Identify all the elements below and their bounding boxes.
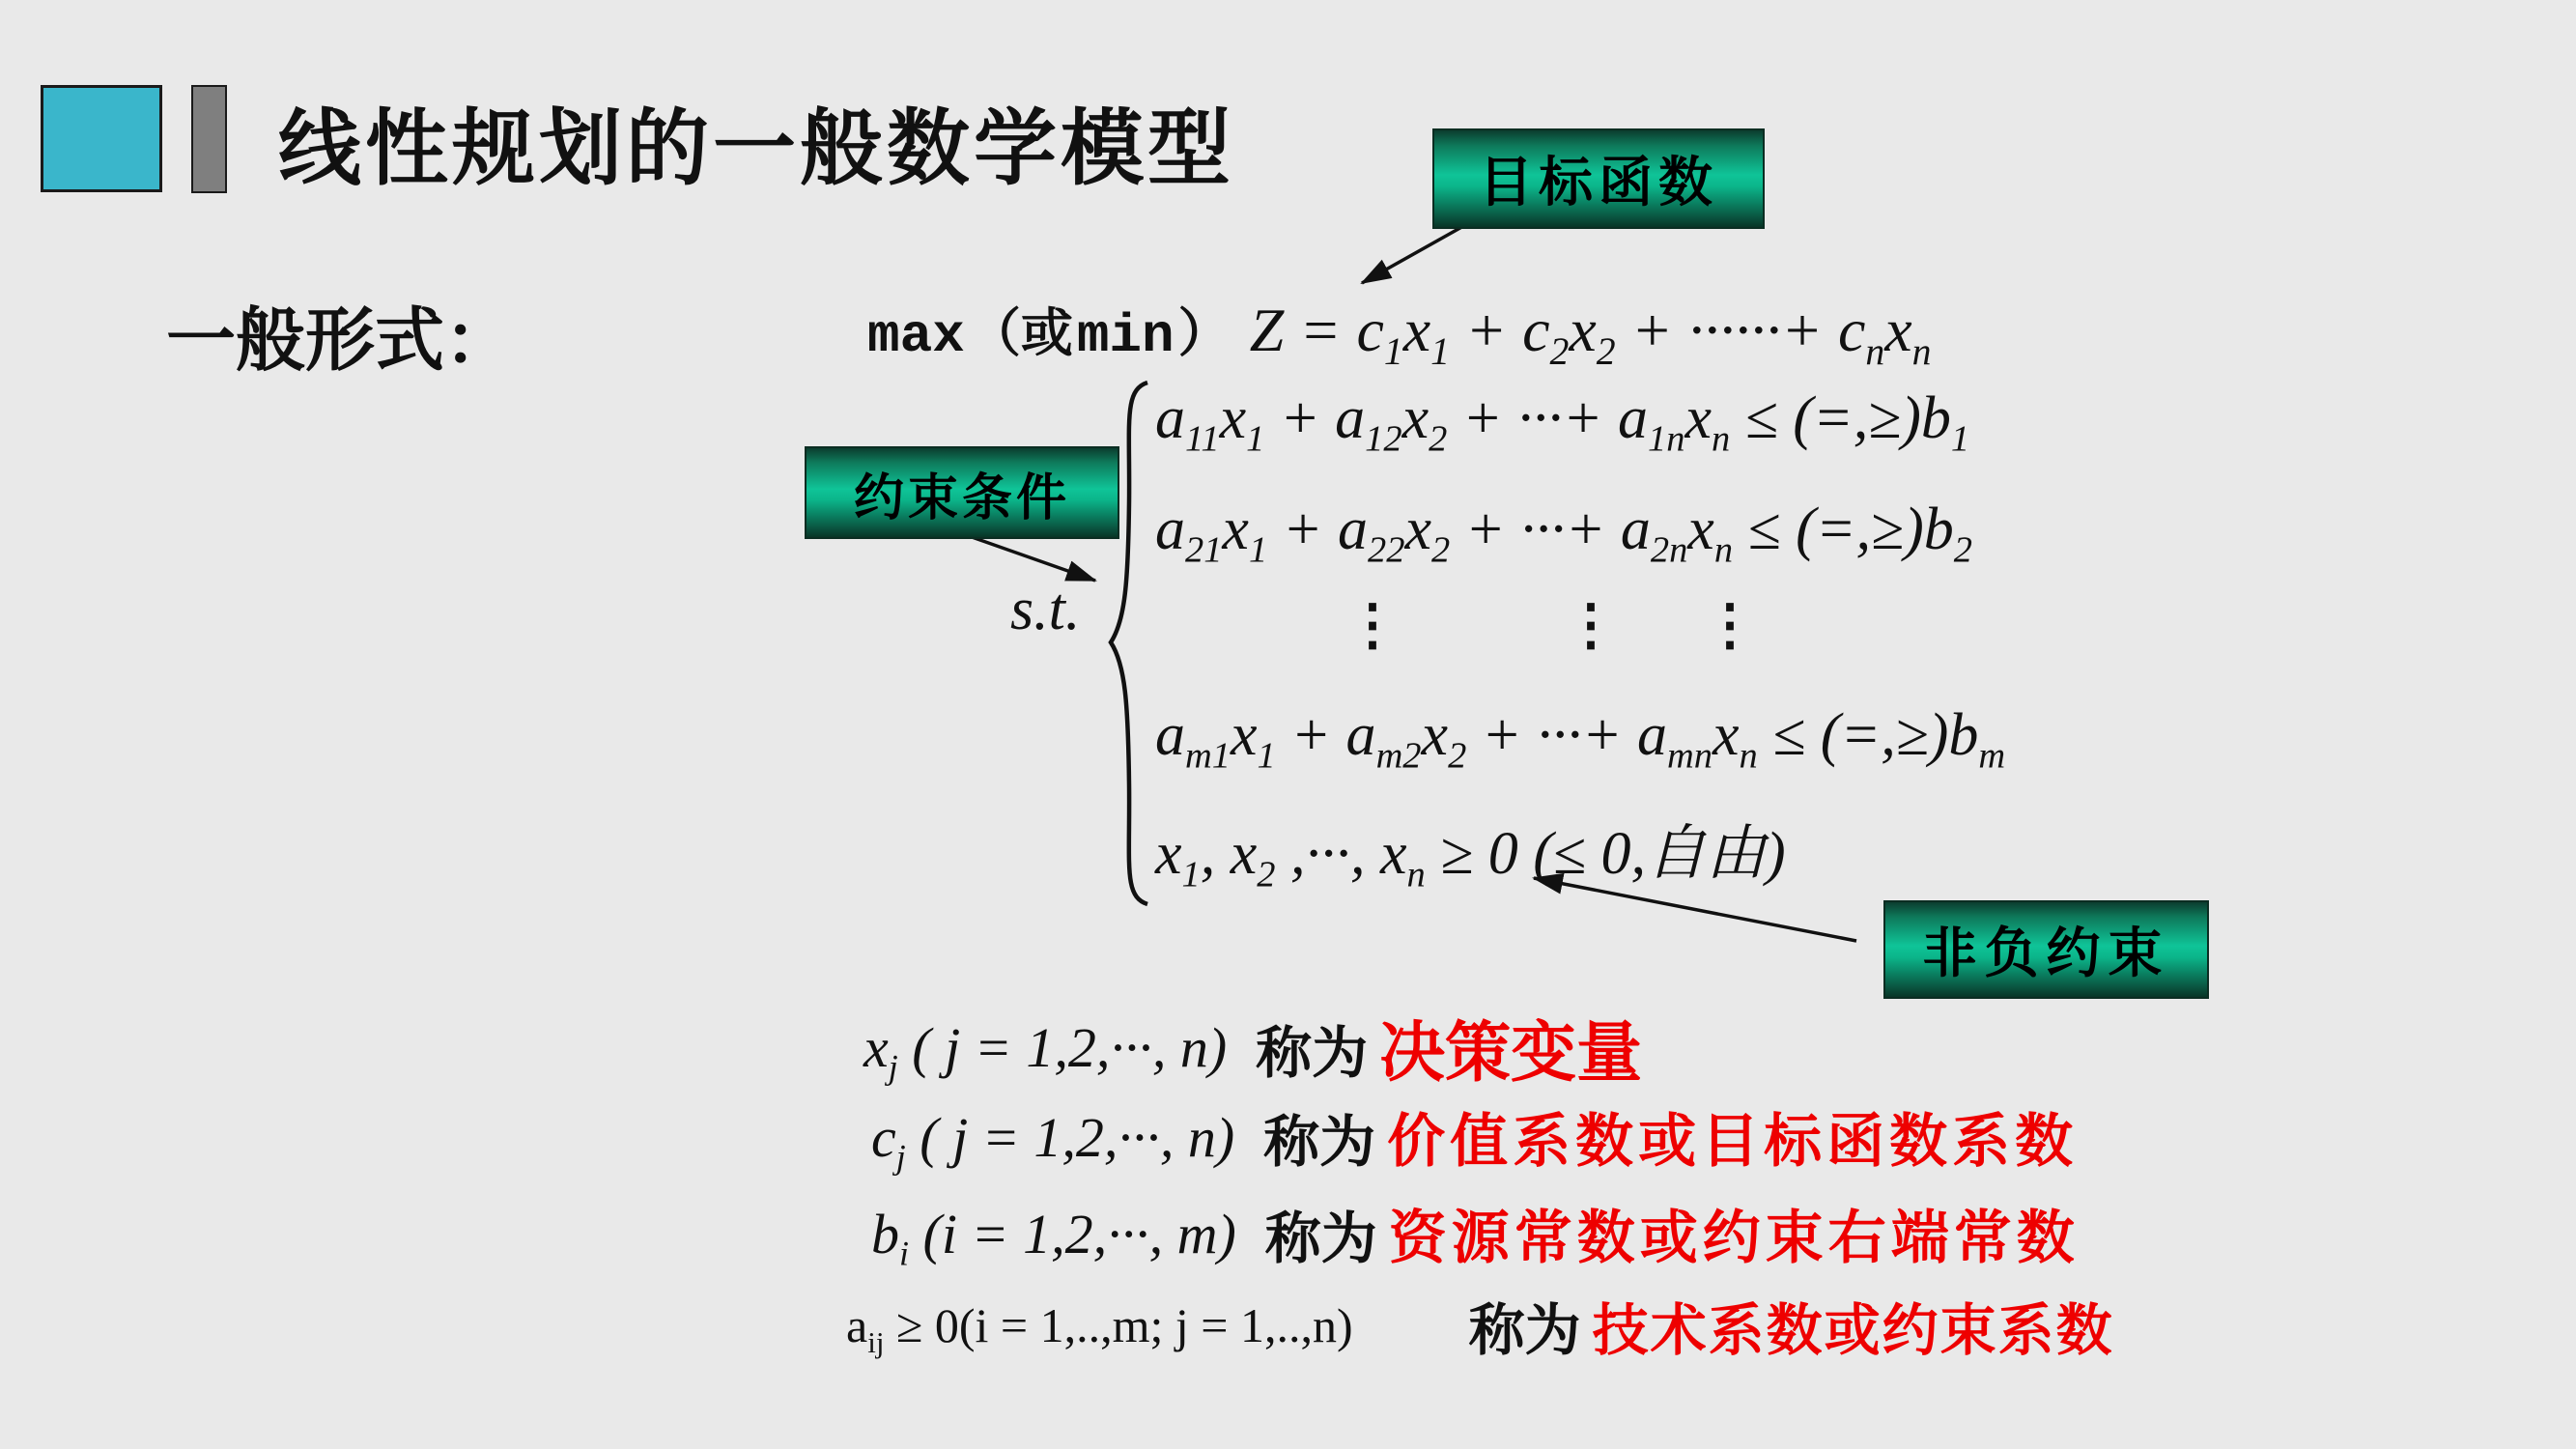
definition-value-coefficients: cj ( j = 1,2,···, n) 称为 价值系数或目标函数系数 bbox=[871, 1095, 2078, 1179]
objective-function-line: max （或 min ） Z = c1x1 + c2x2 + ······+ c… bbox=[867, 292, 1932, 367]
definition-technical-coefficients: aij ≥ 0(i = 1,..,m; j = 1,..,n) 称为 技术系数或… bbox=[846, 1285, 2114, 1366]
title-bullet-square bbox=[41, 85, 162, 192]
called-label: 称为 bbox=[1265, 1193, 1377, 1274]
definition-formula: bi (i = 1,2,···, m) bbox=[871, 1202, 1236, 1266]
nonneg-label-box: 非负约束 bbox=[1883, 900, 2209, 999]
constraint-row-2: a21x1 + a22x2 + ···+ a2nxn ≤ (=,≥)b2 bbox=[1155, 496, 1972, 564]
slide: 线性规划的一般数学模型 一般形式： max （或 min ） Z = c1x1 … bbox=[0, 0, 2576, 1449]
objective-arrow bbox=[1362, 225, 1465, 283]
min-keyword: min bbox=[1077, 305, 1175, 367]
constraints-label: 约束条件 bbox=[854, 457, 1070, 529]
objective-formula: Z = c1x1 + c2x2 + ······+ cnxn bbox=[1250, 295, 1932, 366]
constraint-row-m: am1x1 + am2x2 + ···+ amnxn ≤ (=,≥)bm bbox=[1155, 701, 2005, 770]
definition-term: 决策变量 bbox=[1379, 1001, 1642, 1094]
definition-decision-variables: xj ( j = 1,2,···, n) 称为 决策变量 bbox=[863, 1001, 1642, 1094]
vdots-2: ⋮ bbox=[1563, 591, 1619, 657]
or-close: ） bbox=[1178, 292, 1231, 366]
definition-formula: xj ( j = 1,2,···, n) bbox=[863, 1015, 1227, 1080]
called-label: 称为 bbox=[1469, 1285, 1581, 1366]
or-open: （或 bbox=[969, 292, 1073, 366]
vdots-1: ⋮ bbox=[1345, 591, 1401, 657]
general-form-label: 一般形式： bbox=[166, 284, 514, 384]
definition-term: 价值系数或目标函数系数 bbox=[1387, 1095, 2078, 1179]
subject-to: s.t. bbox=[1010, 576, 1080, 644]
definition-term: 技术系数或约束系数 bbox=[1593, 1285, 2114, 1366]
vdots-3: ⋮ bbox=[1702, 591, 1758, 657]
nonneg-constraint-row: x1, x2 ,···, xn ≥ 0 (≤ 0,自由) bbox=[1155, 805, 1786, 891]
definition-formula: aij ≥ 0(i = 1,..,m; j = 1,..,n) bbox=[846, 1297, 1353, 1353]
objective-label-box: 目标函数 bbox=[1432, 128, 1765, 229]
definition-formula: cj ( j = 1,2,···, n) bbox=[871, 1105, 1234, 1170]
definition-resource-constants: bi (i = 1,2,···, m) 称为 资源常数或约束右端常数 bbox=[871, 1192, 2080, 1275]
objective-label: 目标函数 bbox=[1479, 140, 1718, 217]
called-label: 称为 bbox=[1263, 1096, 1375, 1178]
definition-term: 资源常数或约束右端常数 bbox=[1389, 1192, 2080, 1275]
max-keyword: max bbox=[867, 305, 965, 367]
constraint-row-1: a11x1 + a12x2 + ···+ a1nxn ≤ (=,≥)b1 bbox=[1155, 384, 1969, 453]
page-title: 线性规划的一般数学模型 bbox=[278, 81, 1234, 201]
nonneg-label: 非负约束 bbox=[1923, 911, 2170, 988]
title-bullet-bar bbox=[191, 85, 227, 193]
constraints-label-box: 约束条件 bbox=[805, 446, 1119, 539]
called-label: 称为 bbox=[1256, 1008, 1368, 1089]
